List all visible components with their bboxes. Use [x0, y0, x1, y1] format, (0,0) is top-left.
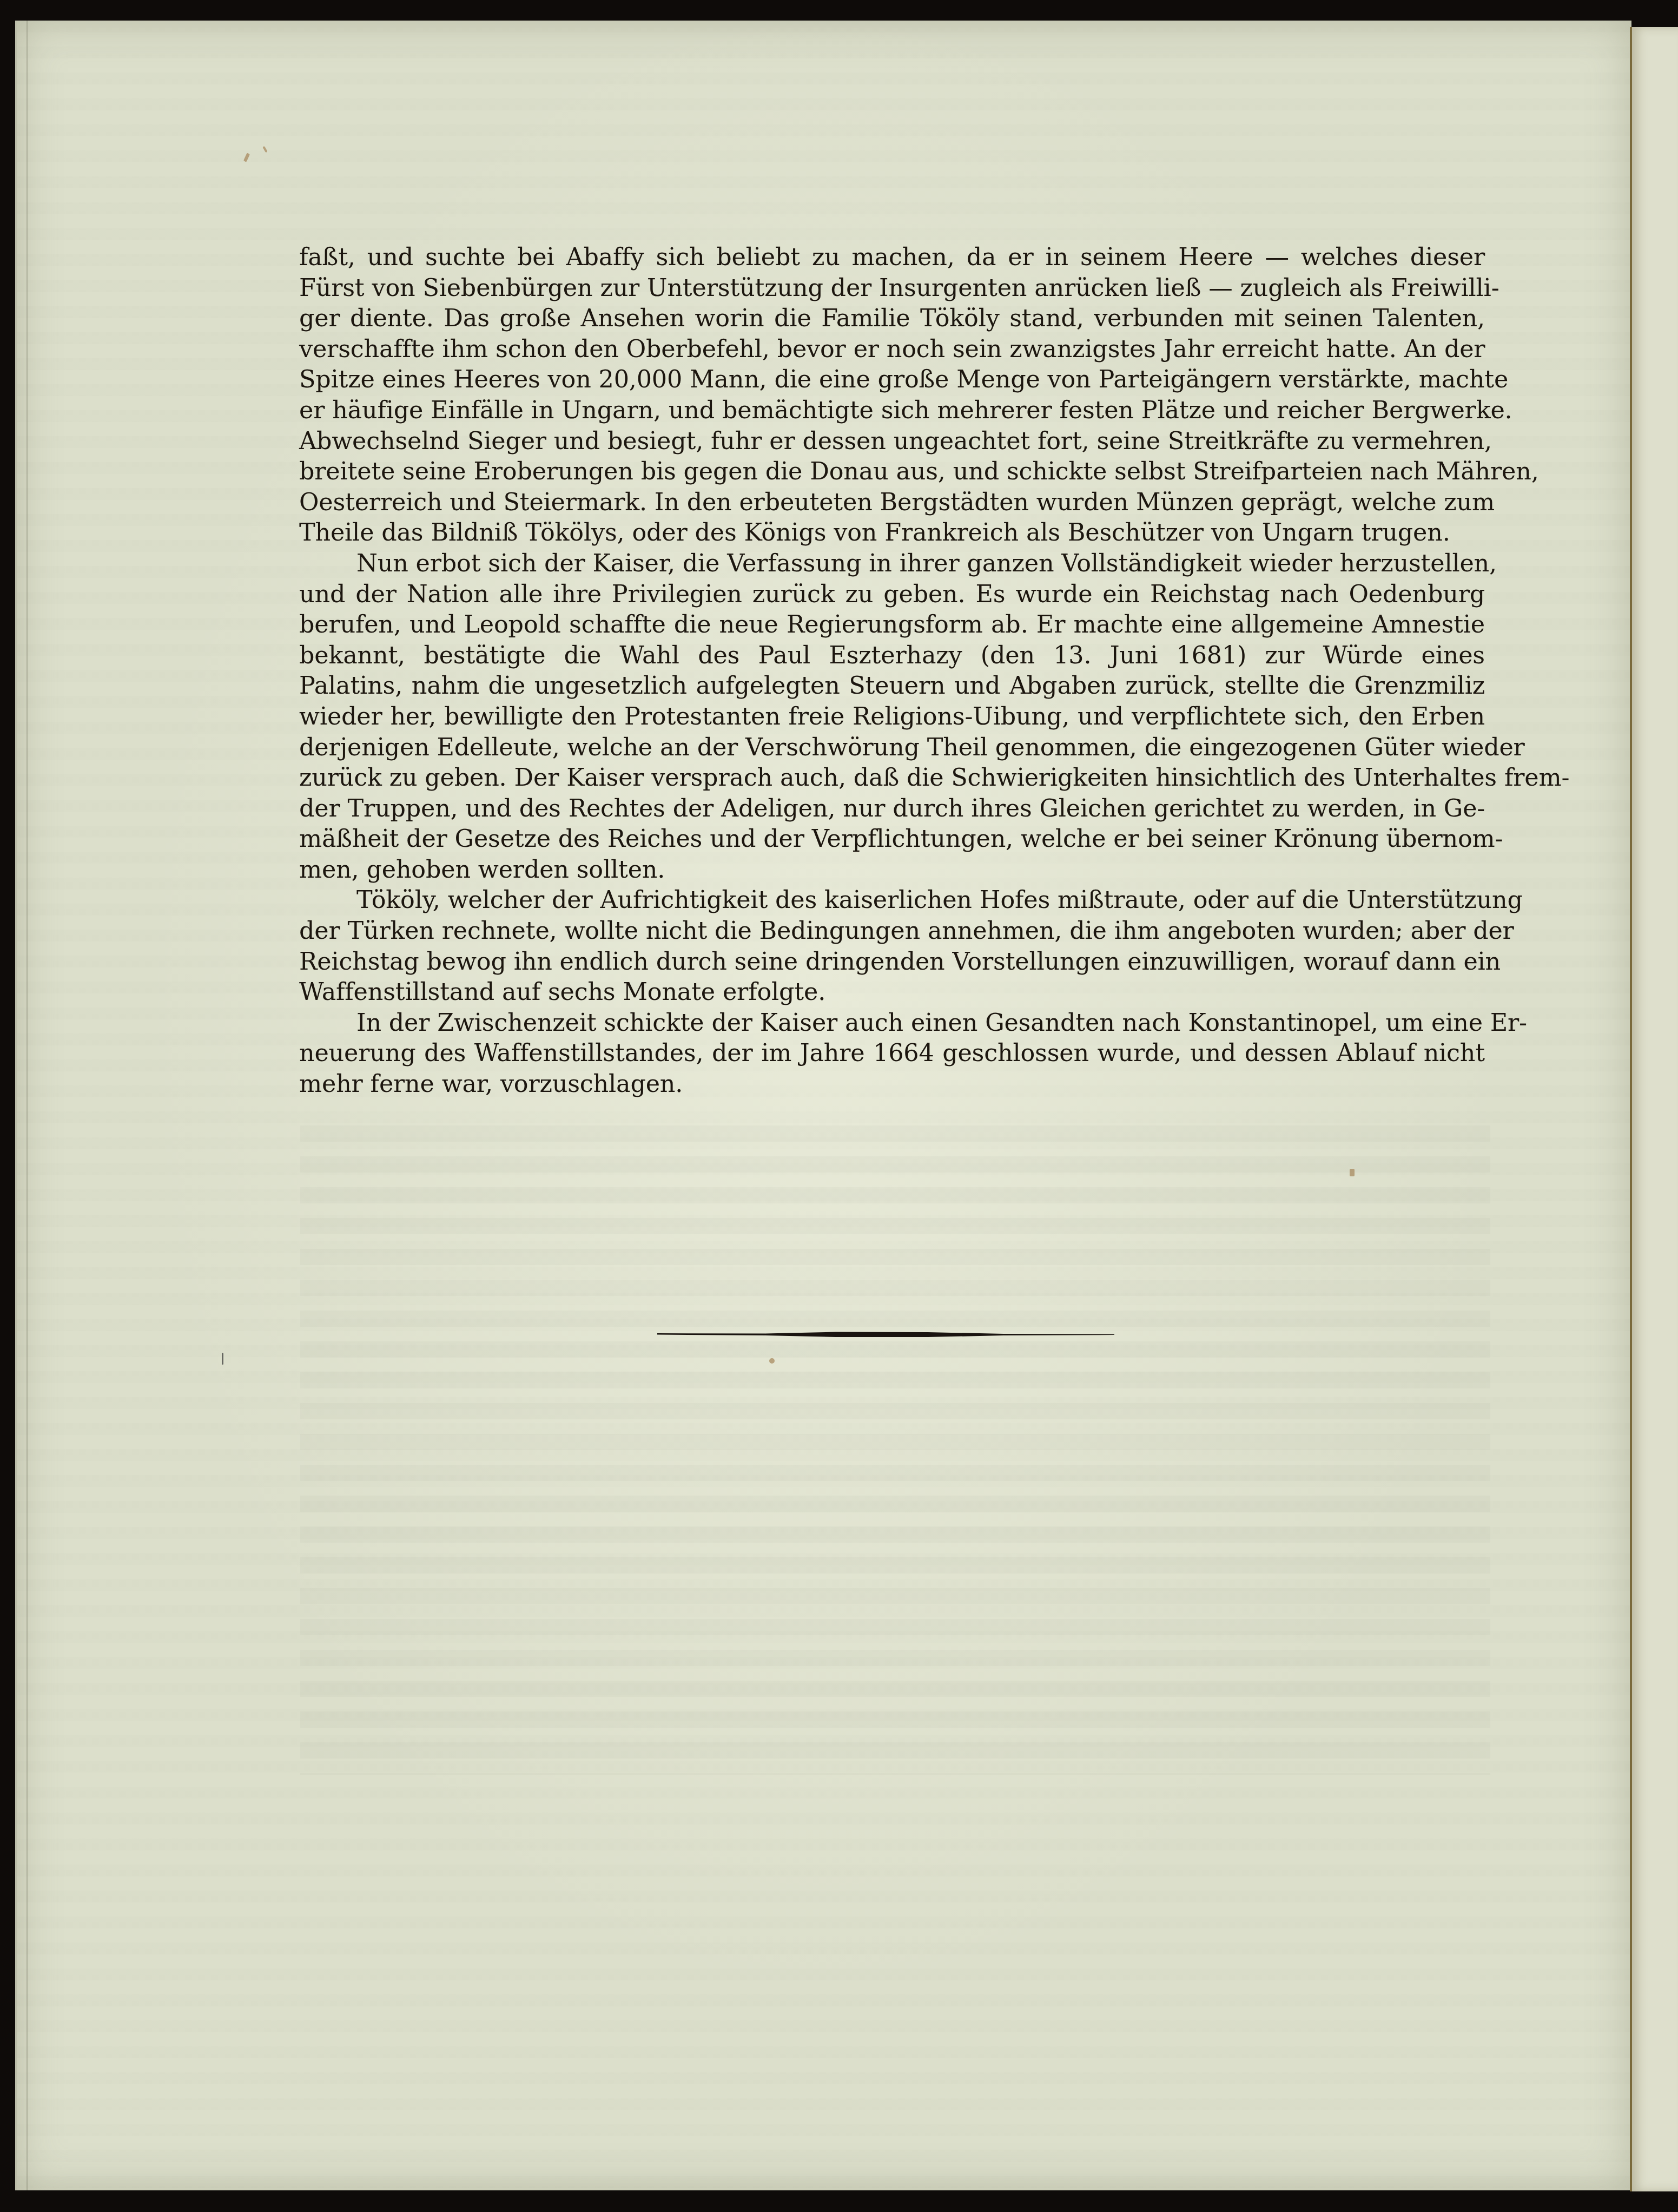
paper-speck	[769, 1358, 775, 1364]
text-line: er häufige Einfälle in Ungarn, und bemäc…	[299, 396, 1485, 426]
text-line: breitete seine Eroberungen bis gegen die…	[299, 457, 1485, 488]
text-line: der Truppen, und des Rechtes der Adelige…	[299, 794, 1485, 825]
text-line: Fürst von Siebenbürgen zur Unterstützung…	[299, 273, 1485, 304]
text-line: Oesterreich und Steiermark. In den erbeu…	[299, 488, 1485, 518]
text-line: zurück zu geben. Der Kaiser versprach au…	[299, 763, 1485, 794]
text-line: ger diente. Das große Ansehen worin die …	[299, 304, 1485, 334]
text-line: men, gehoben werden sollten.	[299, 855, 1485, 886]
page-edge-line	[27, 21, 28, 2190]
book-gutter-next-page	[1630, 27, 1678, 2191]
text-line: Theile das Bildniß Tökölys, oder des Kön…	[299, 518, 1485, 549]
text-line: neuerung des Waffenstillstandes, der im …	[299, 1038, 1485, 1069]
text-line: derjenigen Edelleute, welche an der Vers…	[299, 733, 1485, 763]
text-line: faßt, und suchte bei Abaffy sich beliebt…	[299, 242, 1485, 273]
text-line: Abwechselnd Sieger und besiegt, fuhr er …	[299, 426, 1485, 457]
text-line: Nun erbot sich der Kaiser, die Verfassun…	[299, 549, 1485, 580]
paragraph-2: Nun erbot sich der Kaiser, die Verfassun…	[299, 549, 1485, 886]
tapered-rule-ornament	[657, 1331, 1114, 1338]
text-line: Reichstag bewog ihn endlich durch seine …	[299, 947, 1485, 978]
text-line: der Türken rechnete, wollte nicht die Be…	[299, 916, 1485, 947]
body-text: faßt, und suchte bei Abaffy sich beliebt…	[299, 242, 1485, 1100]
text-line: mäßheit der Gesetze des Reiches und der …	[299, 824, 1485, 855]
paper-speck	[1350, 1169, 1355, 1176]
show-through-text-bleed	[300, 1125, 1490, 1775]
text-line: und der Nation alle ihre Privilegien zur…	[299, 580, 1485, 610]
text-line: Spitze eines Heeres von 20,000 Mann, die…	[299, 365, 1485, 396]
text-line: bekannt, bestätigte die Wahl des Paul Es…	[299, 641, 1485, 672]
rule-ornament-icon	[657, 1331, 1114, 1338]
text-line: mehr ferne war, vorzuschlagen.	[299, 1069, 1485, 1100]
paper-speck	[222, 1353, 223, 1365]
text-line: berufen, und Leopold schaffte die neue R…	[299, 610, 1485, 641]
text-line: Tököly, welcher der Aufrichtigkeit des k…	[299, 885, 1485, 916]
text-line: verschaffte ihm schon den Oberbefehl, be…	[299, 334, 1485, 365]
paragraph-3: Tököly, welcher der Aufrichtigkeit des k…	[299, 885, 1485, 1008]
text-line: Palatins, nahm die ungesetzlich aufgeleg…	[299, 671, 1485, 702]
text-line: In der Zwischenzeit schickte der Kaiser …	[299, 1008, 1485, 1039]
paragraph-1: faßt, und suchte bei Abaffy sich beliebt…	[299, 242, 1485, 549]
paragraph-4: In der Zwischenzeit schickte der Kaiser …	[299, 1008, 1485, 1100]
text-line: wieder her, bewilligte den Protestanten …	[299, 702, 1485, 733]
text-line: Waffenstillstand auf sechs Monate erfolg…	[299, 977, 1485, 1008]
